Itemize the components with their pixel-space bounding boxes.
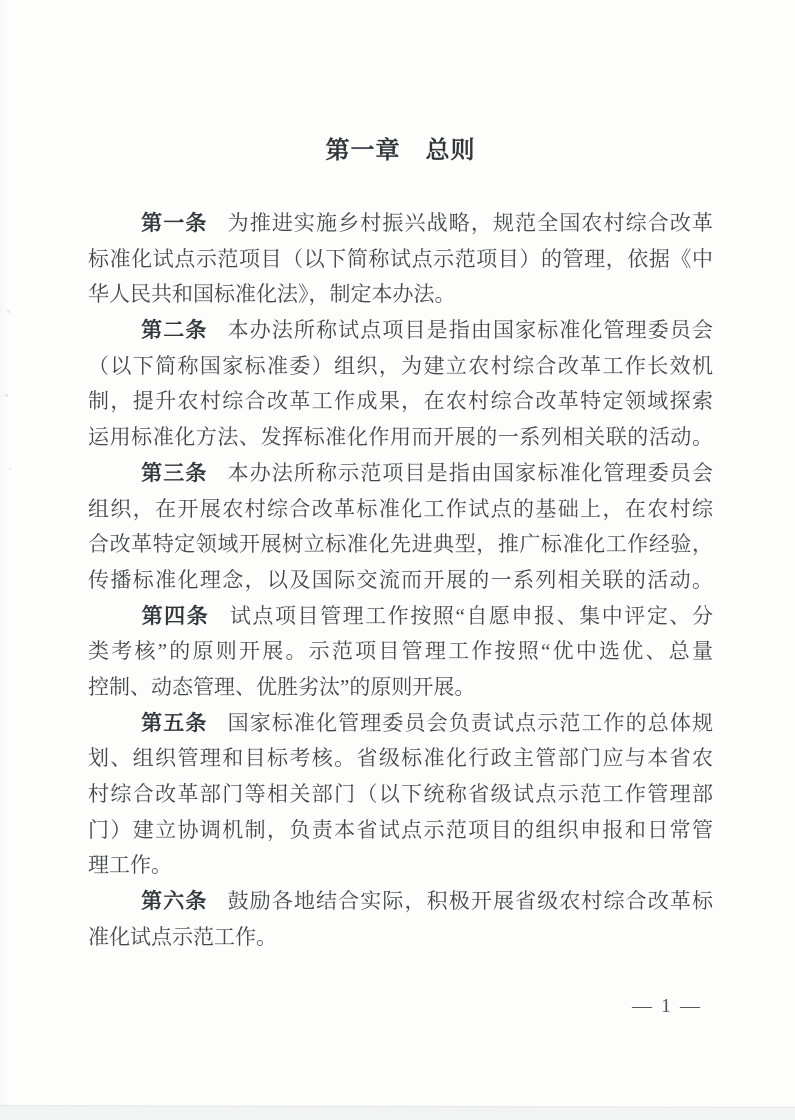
text-line: 传播标准化理念，以及国际交流而开展的一系列相关联的活动。 (88, 563, 713, 599)
article-text: 本办法所称试点项目是指由国家标准化管理委员会 (226, 318, 713, 342)
article-number: 第六条 (140, 889, 207, 913)
article-number: 第五条 (140, 711, 207, 735)
scan-speck (7, 310, 10, 313)
label-gap (207, 229, 226, 230)
article-number: 第三条 (140, 461, 207, 485)
scan-bottom-edge (0, 1105, 795, 1120)
article-paragraph: 第二条本办法所称试点项目是指由国家标准化管理委员会（以下简称国家标准委）组织，为… (88, 313, 713, 456)
text-line: 第二条本办法所称试点项目是指由国家标准化管理委员会 (88, 313, 713, 349)
document-page: 第一章 总则 第一条为推进实施乡村振兴战略，规范全国农村综合改革标准化试点示范项… (0, 0, 795, 1120)
article-paragraph: 第五条国家标准化管理委员会负责试点示范工作的总体规划、组织管理和目标考核。省级标… (88, 706, 713, 884)
text-line: 合改革特定领域开展树立标准化先进典型，推广标准化工作经验， (88, 527, 713, 563)
page-number: — 1 — (632, 992, 702, 1020)
chapter-heading: 第一章 总则 (88, 134, 713, 168)
text-line: 控制、动态管理、优胜劣汰”的原则开展。 (88, 670, 713, 706)
article-text: 国家标准化管理委员会负责试点示范工作的总体规 (226, 711, 713, 735)
first-line-indent (88, 479, 140, 480)
article-number: 第一条 (140, 211, 207, 235)
article-paragraph: 第三条本办法所称示范项目是指由国家标准化管理委员会组织，在开展农村综合改革标准化… (88, 456, 713, 599)
text-line: 组织，在开展农村综合改革标准化工作试点的基础上，在农村综 (88, 492, 713, 528)
article-number: 第二条 (140, 318, 207, 342)
label-gap (207, 479, 226, 480)
first-line-indent (88, 622, 140, 623)
article-list: 第一条为推进实施乡村振兴战略，规范全国农村综合改革标准化试点示范项目（以下简称试… (88, 206, 713, 955)
text-line: 制，提升农村综合改革工作成果，在农村综合改革特定领域探索 (88, 384, 713, 420)
text-line: 运用标准化方法、发挥标准化作用而开展的一系列相关联的活动。 (88, 420, 713, 456)
label-gap (207, 907, 226, 908)
label-gap (207, 336, 226, 337)
article-text: 本办法所称示范项目是指由国家标准化管理委员会 (226, 461, 713, 485)
article-paragraph: 第四条试点项目管理工作按照“自愿申报、集中评定、分类考核”的原则开展。示范项目管… (88, 599, 713, 706)
text-line: 标准化试点示范项目（以下简称试点示范项目）的管理，依据《中 (88, 242, 713, 278)
text-line: 划、组织管理和目标考核。省级标准化行政主管部门应与本省农 (88, 741, 713, 777)
text-line: 第四条试点项目管理工作按照“自愿申报、集中评定、分 (88, 599, 713, 635)
text-line: （以下简称国家标准委）组织，为建立农村综合改革工作长效机 (88, 349, 713, 385)
label-gap (207, 729, 226, 730)
article-text: 试点项目管理工作按照“自愿申报、集中评定、分 (228, 604, 713, 628)
article-text: 为推进实施乡村振兴战略，规范全国农村综合改革 (226, 211, 713, 235)
first-line-indent (88, 336, 140, 337)
article-text: 鼓励各地结合实际，积极开展省级农村综合改革标 (226, 889, 713, 913)
first-line-indent (88, 229, 140, 230)
article-paragraph: 第六条鼓励各地结合实际，积极开展省级农村综合改革标准化试点示范工作。 (88, 884, 713, 955)
text-line: 第五条国家标准化管理委员会负责试点示范工作的总体规 (88, 706, 713, 742)
article-paragraph: 第一条为推进实施乡村振兴战略，规范全国农村综合改革标准化试点示范项目（以下简称试… (88, 206, 713, 313)
scan-speck (5, 394, 8, 397)
first-line-indent (88, 729, 140, 730)
first-line-indent (88, 907, 140, 908)
text-line: 华人民共和国标准化法》，制定本办法。 (88, 277, 713, 313)
text-line: 第三条本办法所称示范项目是指由国家标准化管理委员会 (88, 456, 713, 492)
text-line: 第六条鼓励各地结合实际，积极开展省级农村综合改革标 (88, 884, 713, 920)
text-line: 第一条为推进实施乡村振兴战略，规范全国农村综合改革 (88, 206, 713, 242)
article-number: 第四条 (140, 604, 209, 628)
text-line: 理工作。 (88, 848, 713, 884)
label-gap (209, 622, 228, 623)
scan-speck (9, 468, 11, 470)
text-line: 类考核”的原则开展。示范项目管理工作按照“优中选优、总量 (88, 634, 713, 670)
text-line: 村综合改革部门等相关部门（以下统称省级试点示范工作管理部 (88, 777, 713, 813)
text-line: 准化试点示范工作。 (88, 920, 713, 956)
text-line: 门）建立协调机制，负责本省试点示范项目的组织申报和日常管 (88, 813, 713, 849)
